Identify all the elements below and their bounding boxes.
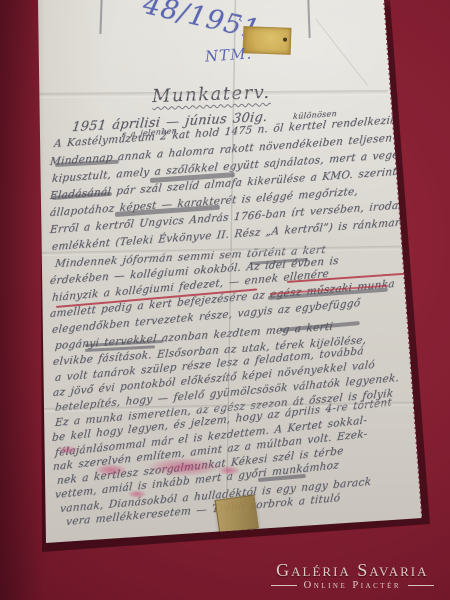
watermark-dash-right: [408, 585, 434, 587]
photo-background: 48/1951 ‹ NTM. Munkaterv. 1951 áprilisi …: [0, 0, 450, 600]
pencil-stroke: [99, 0, 102, 34]
document-paper: 48/1951 ‹ NTM. Munkaterv. 1951 áprilisi …: [0, 0, 450, 600]
red-smudge: [148, 458, 220, 476]
watermark: Galéria Savaria Online Piactér: [271, 561, 434, 591]
office-mark: NTM.: [204, 44, 252, 65]
red-smudge: [128, 490, 146, 498]
crease-d: [314, 18, 368, 86]
red-smudge: [218, 466, 240, 475]
red-smudge: [58, 446, 78, 454]
pencil-stroke: [307, 0, 310, 38]
tape-patch: [215, 495, 259, 534]
red-smudge: [95, 464, 127, 476]
watermark-subtitle: Online Piactér: [304, 580, 401, 591]
watermark-title: Galéria Savaria: [271, 561, 434, 579]
watermark-dash-left: [271, 585, 297, 587]
